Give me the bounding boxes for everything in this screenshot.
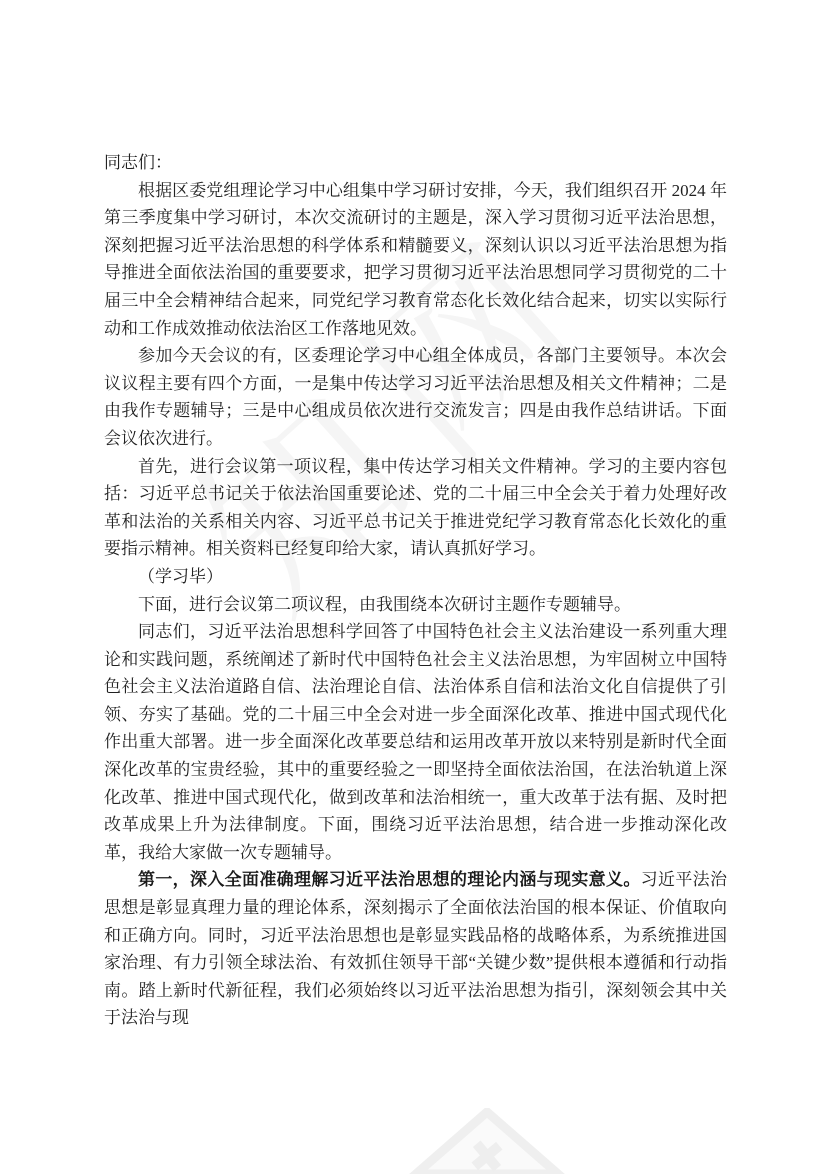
paragraph-study-complete-note: （学习毕） [104,563,727,591]
paragraph-bold-lead: 第一，深入全面准确理解习近平法治思想的理论内涵与现实意义。 [138,870,641,889]
document-body: 同志们： 根据区委党组理论学习中心组集中学习研讨安排，今天，我们组织召开 202… [104,149,727,1032]
paragraph-point-one: 第一，深入全面准确理解习近平法治思想的理论内涵与现实意义。习近平法治思想是彰显真… [104,866,727,1032]
paragraph-second-agenda-item: 下面，进行会议第二项议程，由我围绕本次研讨主题作专题辅导。 [104,591,727,619]
paragraph-text: 首先，进行会议第一项议程，集中传达学习相关文件精神。学习的主要内容包括：习近平总… [104,457,727,559]
triangle-logo-watermark-icon [402,1108,572,1174]
paragraph-text: 参加今天会议的有，区委理论学习中心组全体成员，各部门主要领导。本次会议议程主要有… [104,346,727,448]
paragraph-meeting-opening: 根据区委党组理论学习中心组集中学习研讨安排，今天，我们组织召开 2024 年第三… [104,177,727,343]
document-page: 知网 同志们： 根据区委党组理论学习中心组集中学习研讨安排，今天，我们组织召开 … [0,0,830,1174]
paragraph-text: 习近平法治思想是彰显真理力量的理论体系，深刻揭示了全面依法治国的根本保证、价值取… [104,870,727,1027]
paragraph-text: （学习毕） [138,567,223,586]
paragraph-text: 同志们： [104,153,172,172]
paragraph-text: 下面，进行会议第二项议程，由我围绕本次研讨主题作专题辅导。 [138,595,631,614]
paragraph-text: 同志们，习近平法治思想科学回答了中国特色社会主义法治建设一系列重大理论和实践问题… [104,622,727,862]
paragraph-text: 根据区委党组理论学习中心组集中学习研讨安排，今天，我们组织召开 2024 年第三… [104,181,727,338]
paragraph-attendees-agenda: 参加今天会议的有，区委理论学习中心组全体成员，各部门主要领导。本次会议议程主要有… [104,342,727,452]
paragraph-thought-overview: 同志们，习近平法治思想科学回答了中国特色社会主义法治建设一系列重大理论和实践问题… [104,618,727,866]
paragraph-first-agenda-item: 首先，进行会议第一项议程，集中传达学习相关文件精神。学习的主要内容包括：习近平总… [104,453,727,563]
paragraph-salutation: 同志们： [104,149,727,177]
